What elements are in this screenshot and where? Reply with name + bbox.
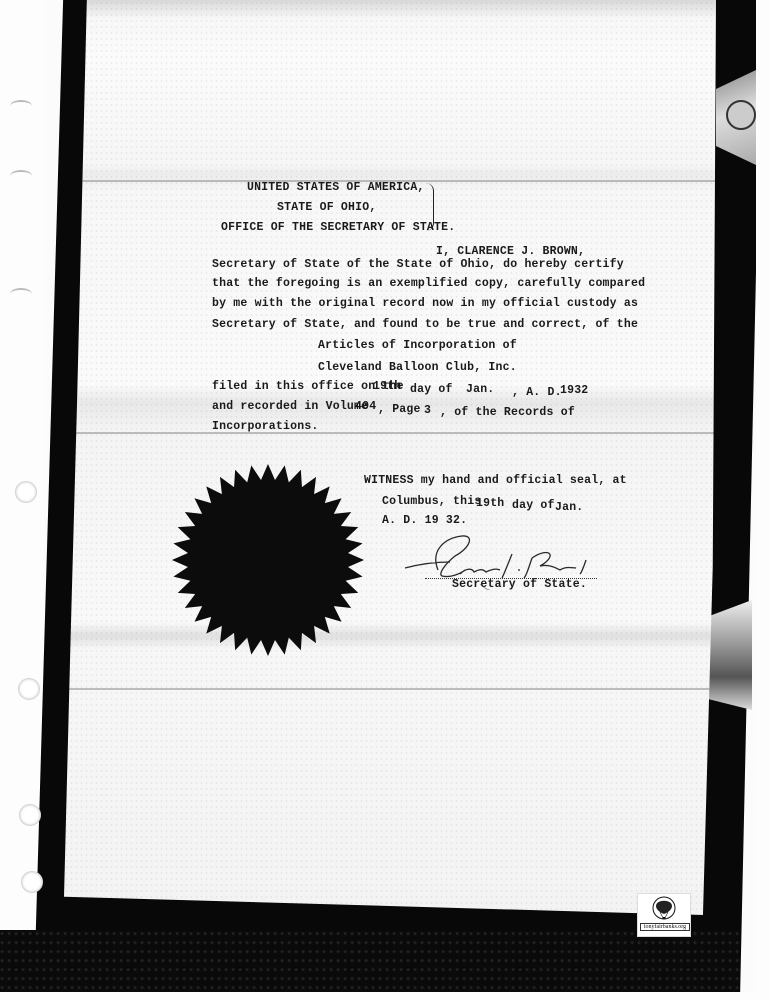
header-brace (425, 183, 434, 231)
witness-day: 19th (476, 497, 504, 510)
binder-hole (15, 481, 37, 503)
header-line-2: STATE OF OHIO, (277, 201, 376, 214)
binder-hole (10, 170, 32, 182)
header-line-1: UNITED STATES OF AMERICA, (247, 181, 425, 194)
recorded-prefix: and recorded in Volume (212, 400, 368, 413)
certification-line: Secretary of State, and found to be true… (212, 318, 638, 331)
binder-hole (10, 100, 32, 112)
filed-ad: , A. D. (512, 386, 562, 399)
background-strip (756, 0, 770, 1000)
hot-air-balloon-icon (652, 896, 676, 922)
recorded-page: 3 (424, 404, 431, 417)
recorded-suffix: , of the Records of (440, 406, 575, 419)
certification-opening: I, CLARENCE J. BROWN, (436, 245, 585, 258)
filed-month: Jan. (466, 383, 494, 396)
filed-year: 1932 (560, 384, 588, 397)
filed-day-of: day of (410, 383, 453, 396)
witness-month: Jan. (555, 501, 583, 514)
binder-hole (18, 678, 40, 700)
witness-day-of: day of (512, 499, 555, 512)
witness-line-3: A. D. 19 32. (382, 514, 467, 527)
recorded-page-label: , Page (378, 403, 421, 416)
fold-line (64, 688, 716, 690)
recorded-volume: 404 (355, 400, 376, 413)
background-strip (0, 992, 770, 1000)
binder-clip (708, 600, 752, 710)
certificate-paper (64, 0, 716, 915)
certification-line: by me with the original record now in my… (212, 297, 638, 310)
signatory-title: Secretary of State. (452, 578, 587, 591)
certification-closing: Incorporations. (212, 420, 319, 433)
header-line-3: OFFICE OF THE SECRETARY OF STATE. (221, 221, 455, 234)
binder-hole (21, 871, 43, 893)
certification-line: Secretary of State of the State of Ohio,… (212, 258, 624, 271)
document-type: Articles of Incorporation of (318, 339, 517, 352)
clip-rivet-icon (726, 100, 756, 130)
binder-hole (10, 288, 32, 300)
certification-line: that the foregoing is an exemplified cop… (212, 277, 645, 290)
witness-line-2-prefix: Columbus, this (382, 495, 481, 508)
black-backing-bottom (0, 930, 740, 992)
binder-hole (19, 804, 41, 826)
official-seal-icon (170, 462, 366, 658)
entity-name: Cleveland Balloon Club, Inc. (318, 361, 517, 374)
fold-line (64, 432, 716, 434)
witness-line-1: WITNESS my hand and official seal, at (364, 474, 627, 487)
filed-day: 19th (373, 380, 401, 393)
watermark-text: tonyfairbanks.org (640, 923, 690, 931)
watermark[interactable]: tonyfairbanks.org (637, 893, 691, 937)
